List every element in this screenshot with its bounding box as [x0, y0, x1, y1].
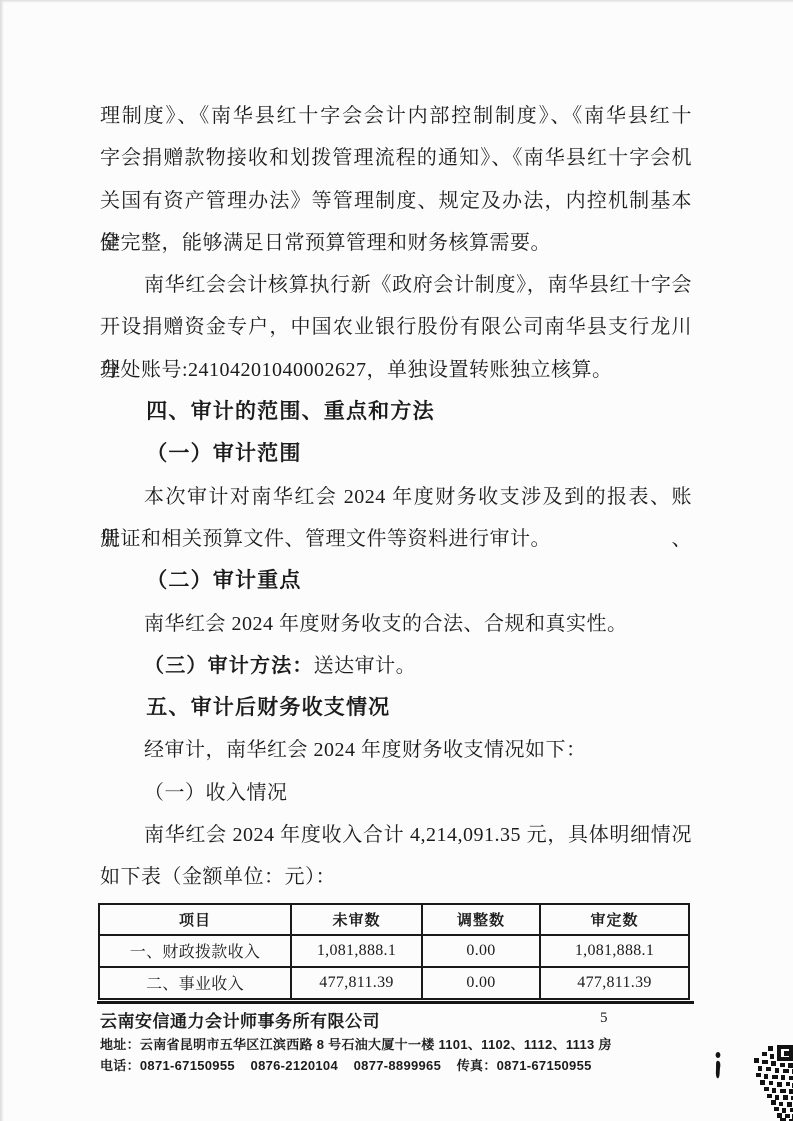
scan-edge-left: [0, 0, 4, 1121]
subsection-audit-scope-title: （一）审计范围: [100, 433, 692, 475]
subsection-audit-method-line: （三）审计方法：送达审计。: [100, 645, 692, 687]
section-heading-5: 五、审计后财务收支情况: [100, 687, 692, 729]
income-subsection-title: （一）收入情况: [100, 772, 692, 814]
cell-unaudited: 1,081,888.1: [291, 935, 422, 967]
paragraph-line: 开设捐赠资金专户，中国农业银行股份有限公司南华县支行龙川分: [100, 306, 692, 348]
table-header-row: 项目 未审数 调整数 审定数: [99, 904, 689, 935]
document-page: 理制度》、《南华县红十字会会计内部控制制度》、《南华县红十 字会捐赠款物接收和划…: [0, 0, 793, 1121]
section-heading-4: 四、审计的范围、重点和方法: [100, 391, 692, 433]
paragraph-line: 南华红会 2024 年度收入合计 4,214,091.35 元，具体明细情况: [100, 814, 692, 856]
col-header-unaudited: 未审数: [291, 904, 422, 935]
footer-address: 地址：云南省昆明市五华区江滨西路 8 号石油大厦十一楼 1101、1102、11…: [100, 1034, 694, 1053]
paragraph-line: 关国有资产管理办法》等管理制度、规定及办法，内控机制基本健: [100, 180, 692, 222]
paragraph-line: 全完整，能够满足日常预算管理和财务核算需要。: [100, 222, 692, 264]
audit-method-value: 送达审计。: [314, 655, 417, 677]
cell-audited: 1,081,888.1: [540, 935, 689, 967]
paragraph-line: 如下表（金额单位：元）：: [100, 856, 692, 898]
cell-adjustment: 0.00: [422, 935, 540, 967]
paragraph-line: 南华红会 2024 年度财务收支的合法、合规和真实性。: [100, 603, 692, 645]
cell-adjustment: 0.00: [422, 967, 540, 999]
cell-item: 二、事业收入: [99, 967, 291, 999]
cell-unaudited: 477,811.39: [291, 967, 422, 999]
footer-phone: 电话：0871-67150955 0876-2120104 0877-88999…: [100, 1055, 694, 1074]
cell-item: 一、财政拨款收入: [99, 935, 291, 967]
paragraph-line: 字会捐赠款物接收和划拨管理流程的通知》、《南华县红十字会机: [100, 137, 692, 179]
col-header-adjustment: 调整数: [422, 904, 540, 935]
paragraph-line: 经审计，南华红会 2024 年度财务收支情况如下：: [100, 729, 692, 771]
ink-smudge-icon: [711, 1051, 725, 1087]
paragraph-line: 本次审计对南华红会 2024 年度财务收支涉及到的报表、账册、: [100, 476, 692, 518]
paragraph-line: 理制度》、《南华县红十字会会计内部控制制度》、《南华县红十: [100, 95, 692, 137]
paragraph-line: 南华红会会计核算执行新《政府会计制度》，南华县红十字会: [100, 264, 692, 306]
audit-method-label: （三）审计方法：: [144, 655, 314, 677]
report-body: 理制度》、《南华县红十字会会计内部控制制度》、《南华县红十 字会捐赠款物接收和划…: [100, 95, 692, 1000]
table-row: 二、事业收入 477,811.39 0.00 477,811.39: [99, 967, 689, 999]
qr-code-partial-icon: [744, 1042, 793, 1121]
table-row: 一、财政拨款收入 1,081,888.1 0.00 1,081,888.1: [99, 935, 689, 967]
scan-edge-top: [0, 0, 793, 3]
income-table: 项目 未审数 调整数 审定数 一、财政拨款收入 1,081,888.1 0.00…: [98, 903, 690, 1000]
col-header-item: 项目: [99, 904, 291, 935]
cell-audited: 477,811.39: [540, 967, 689, 999]
page-number: 5: [600, 1010, 608, 1027]
col-header-audited: 审定数: [540, 904, 689, 935]
paragraph-line: 理处账号:24104201040002627，单独设置转账独立核算。: [100, 349, 692, 391]
subsection-audit-focus-title: （二）审计重点: [100, 560, 692, 602]
page-footer: 云南安信通力会计师事务所有限公司 5 地址：云南省昆明市五华区江滨西路 8 号石…: [97, 1001, 694, 1074]
